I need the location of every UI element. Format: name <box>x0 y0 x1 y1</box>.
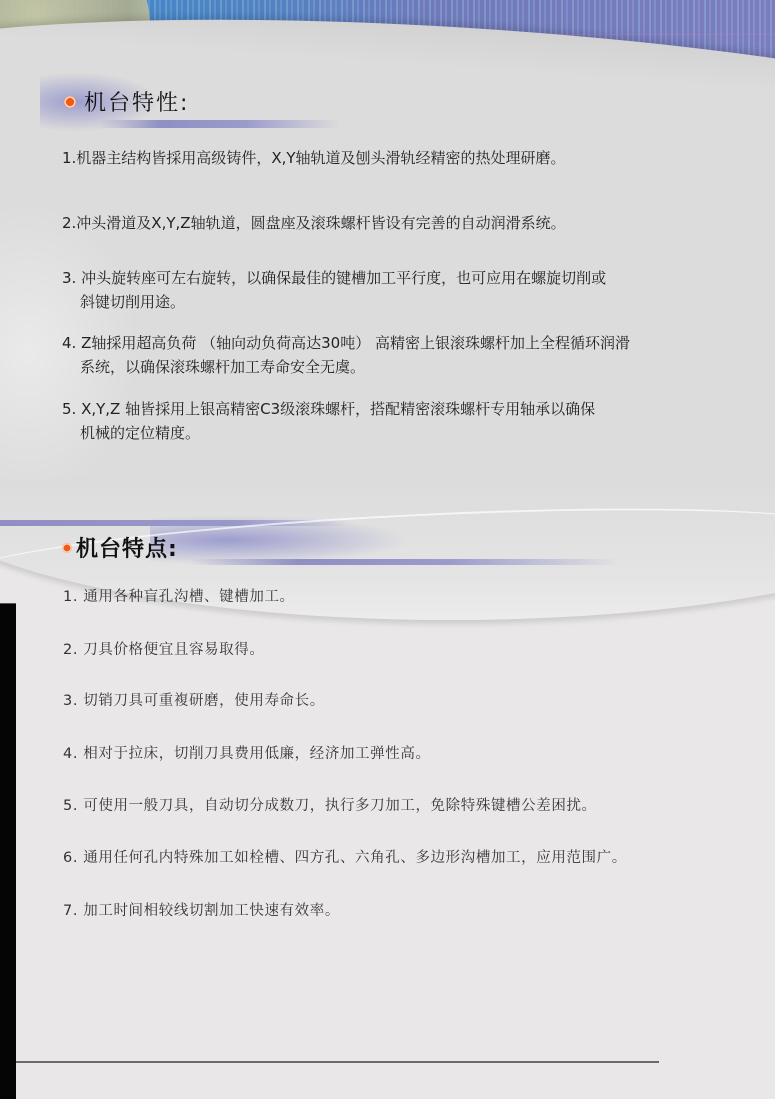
left-black-bar <box>0 603 16 1099</box>
advantage-item-text: 3. 切销刀具可重複研磨，使用寿命长。 <box>63 693 325 709</box>
advantage-item-5: 5. 可使用一般刀具，自动切分成数刀，执行多刀加工，免除特殊键槽公差困扰。 <box>63 794 597 818</box>
advantage-item-1: 1. 通用各种盲孔沟槽、键槽加工。 <box>63 585 295 609</box>
feature-item-continuation: 机械的定位精度。 <box>62 421 595 445</box>
advantage-item-2: 2. 刀具价格便宜且容易取得。 <box>63 638 264 662</box>
section1-header: 机台特性: <box>64 86 189 117</box>
advantage-item-text: 1. 通用各种盲孔沟槽、键槽加工。 <box>63 589 295 605</box>
feature-item-3: 3. 冲头旋转座可左右旋转，以确保最佳的键槽加工平行度，也可应用在螺旋切削或 斜… <box>62 266 606 314</box>
bullet-icon <box>62 543 72 553</box>
advantage-item-4: 4. 相对于拉床，切削刀具费用低廉，经济加工弹性高。 <box>63 742 431 766</box>
feature-item-2: 2.冲头滑道及X,Y,Z轴轨道，圆盘座及滚珠螺杆皆设有完善的自动润滑系统。 <box>62 211 566 235</box>
feature-item-continuation: 斜键切削用途。 <box>62 290 606 314</box>
advantage-item-7: 7. 加工时间相较线切割加工快速有效率。 <box>63 899 340 923</box>
feature-item-text: 2.冲头滑道及X,Y,Z轴轨道，圆盘座及滚珠螺杆皆设有完善的自动润滑系统。 <box>62 214 566 232</box>
feature-item-1: 1.机器主结构皆採用高级铸件，X,Y轴轨道及刨头滑轨经精密的热处理研磨。 <box>62 146 566 170</box>
advantage-item-text: 4. 相对于拉床，切削刀具费用低廉，经济加工弹性高。 <box>63 746 431 762</box>
section1-header-bar <box>100 120 340 128</box>
advantage-item-text: 6. 通用任何孔内特殊加工如栓槽、四方孔、六角孔、多边形沟槽加工，应用范围广。 <box>63 850 627 866</box>
advantage-item-text: 2. 刀具价格便宜且容易取得。 <box>63 642 264 658</box>
section2-header: 机台特点: <box>62 532 178 563</box>
feature-item-4: 4. Z轴採用超高负荷 （轴向动负荷高达30吨） 高精密上银滚珠螺杆加上全程循环… <box>62 331 630 379</box>
advantage-item-text: 7. 加工时间相较线切割加工快速有效率。 <box>63 903 340 919</box>
bullet-icon <box>64 96 76 108</box>
advantage-item-3: 3. 切销刀具可重複研磨，使用寿命长。 <box>63 689 325 713</box>
advantage-item-text: 5. 可使用一般刀具，自动切分成数刀，执行多刀加工，免除特殊键槽公差困扰。 <box>63 798 597 814</box>
feature-item-text: 1.机器主结构皆採用高级铸件，X,Y轴轨道及刨头滑轨经精密的热处理研磨。 <box>62 149 566 167</box>
feature-item-5: 5. X,Y,Z 轴皆採用上银高精密C3级滚珠螺杆，搭配精密滚珠螺杆专用轴承以确… <box>62 397 595 445</box>
feature-item-text: 5. X,Y,Z 轴皆採用上银高精密C3级滚珠螺杆，搭配精密滚珠螺杆专用轴承以确… <box>62 400 595 418</box>
advantage-item-6: 6. 通用任何孔内特殊加工如栓槽、四方孔、六角孔、多边形沟槽加工，应用范围广。 <box>63 846 627 870</box>
feature-item-text: 4. Z轴採用超高负荷 （轴向动负荷高达30吨） 高精密上银滚珠螺杆加上全程循环… <box>62 334 630 352</box>
feature-item-text: 3. 冲头旋转座可左右旋转，以确保最佳的键槽加工平行度，也可应用在螺旋切削或 <box>62 269 606 287</box>
feature-item-continuation: 系统，以确保滚珠螺杆加工寿命安全无虞。 <box>62 355 630 379</box>
section2-title: 机台特点: <box>76 532 178 563</box>
section1-title: 机台特性: <box>84 86 189 117</box>
bottom-divider <box>16 1061 659 1063</box>
